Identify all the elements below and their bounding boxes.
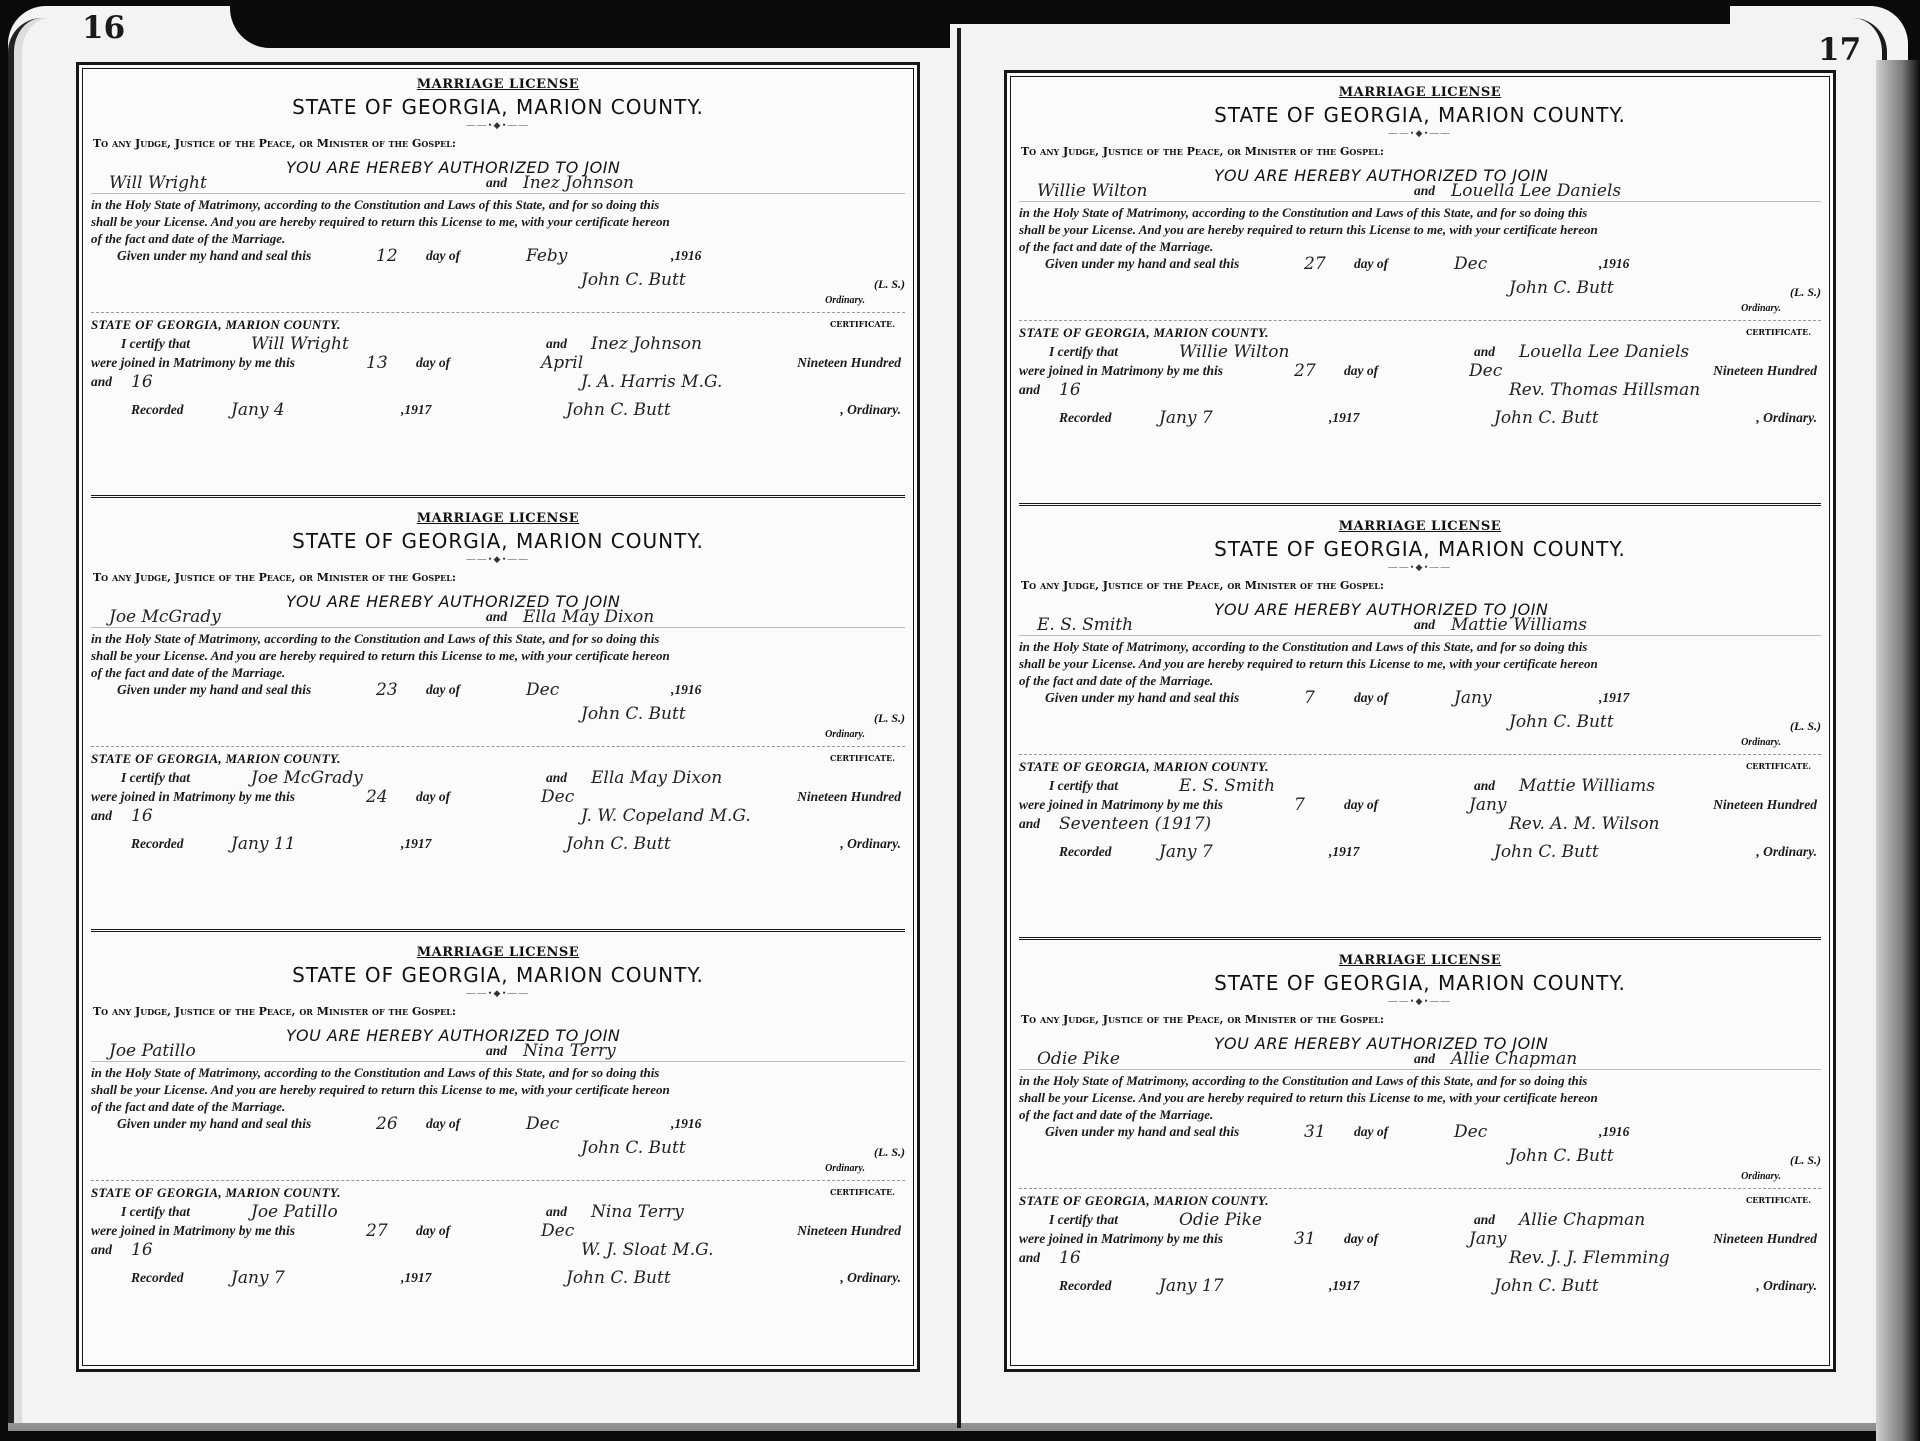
ordinary-label: Ordinary.	[825, 729, 865, 740]
license-body-line: of the fact and date of the Marriage.	[91, 1098, 905, 1115]
recorded-date: Jany 17	[1159, 1276, 1224, 1296]
day-of-label: day of	[426, 682, 460, 698]
recorded-label: Recorded	[1059, 844, 1111, 860]
and-year-label: and	[1019, 382, 1040, 398]
recorded-year: ,1917	[401, 1270, 431, 1286]
ordinary-label: , Ordinary.	[1756, 410, 1817, 426]
page-number-right: 17	[1818, 32, 1861, 68]
issuer-signature: John C. Butt	[1509, 1146, 1614, 1166]
and-label: and	[546, 1204, 567, 1220]
issued-day: 31	[1304, 1122, 1326, 1142]
married-year: 16	[1059, 1248, 1081, 1268]
and-year-label: and	[91, 1242, 112, 1258]
groom-name: Willie Wilton	[1037, 181, 1147, 201]
issued-year: ,1916	[671, 1116, 701, 1132]
scan-background	[230, 0, 950, 48]
license-body-line: in the Holy State of Matrimony, accordin…	[1019, 1072, 1821, 1089]
married-day: 13	[366, 353, 388, 373]
certificate-state-line: STATE OF GEORGIA, MARION COUNTY.	[91, 1185, 341, 1201]
license-heading: MARRIAGE LICENSE	[1019, 519, 1821, 534]
bride-name: Louella Lee Daniels	[1451, 181, 1621, 201]
year-officiant-row: and 16 Rev. J. J. Flemming	[1019, 1249, 1821, 1268]
issued-month: Jany	[1454, 688, 1492, 708]
nineteen-hundred-label: Nineteen Hundred	[1713, 1231, 1817, 1247]
married-month: Dec	[1469, 361, 1502, 381]
license-body-line: shall be your License. And you are hereb…	[1019, 655, 1821, 672]
groom-name: Will Wright	[109, 173, 207, 193]
recorded-date: Jany 4	[231, 400, 285, 420]
cert-groom-name: Will Wright	[251, 334, 349, 354]
recorded-year: ,1917	[401, 836, 431, 852]
married-month: Dec	[541, 787, 574, 807]
married-day: 27	[1294, 361, 1316, 381]
ordinary-label: , Ordinary.	[1756, 1278, 1817, 1294]
recorded-date: Jany 7	[1159, 408, 1213, 428]
groom-name: Joe McGrady	[109, 607, 221, 627]
married-day: 31	[1294, 1229, 1316, 1249]
year-officiant-row: and Seventeen (1917) Rev. A. M. Wilson	[1019, 815, 1821, 834]
license-body: in the Holy State of Matrimony, accordin…	[91, 1064, 905, 1115]
certificate-header: STATE OF GEORGIA, MARION COUNTY. CERTIFI…	[91, 312, 905, 335]
license-names-row: Odie Pike and Allie Chapman	[1019, 1047, 1821, 1070]
issued-row: Given under my hand and seal this 12 day…	[91, 247, 905, 266]
joined-label: were joined in Matrimony by me this	[1019, 797, 1223, 813]
license-heading: MARRIAGE LICENSE	[91, 945, 905, 960]
ls-seal-label: (L. S.)	[1790, 285, 1821, 300]
recorded-row: Recorded Jany 7 ,1917 John C. Butt , Ord…	[91, 1260, 905, 1288]
certify-label: I certify that	[1049, 778, 1118, 794]
page-edge-shadow	[1876, 60, 1920, 1441]
issued-month: Dec	[1454, 1122, 1487, 1142]
ls-seal-label: (L. S.)	[874, 711, 905, 726]
day-of-label: day of	[1354, 256, 1388, 272]
officiant-signature: Rev. A. M. Wilson	[1509, 814, 1660, 834]
cert-bride-name: Louella Lee Daniels	[1519, 342, 1689, 362]
ordinary-label: , Ordinary.	[840, 402, 901, 418]
recorded-label: Recorded	[1059, 410, 1111, 426]
cert-groom-name: Joe McGrady	[251, 768, 363, 788]
recorded-year: ,1917	[1329, 1278, 1359, 1294]
license-addressee: To any Judge, Justice of the Peace, or M…	[1021, 145, 1821, 158]
recorded-date: Jany 7	[1159, 842, 1213, 862]
day-of-label: day of	[426, 248, 460, 264]
and-label: and	[486, 609, 507, 625]
recorded-row: Recorded Jany 11 ,1917 John C. Butt , Or…	[91, 826, 905, 854]
day-of-label: day of	[416, 1223, 450, 1239]
cert-groom-name: Willie Wilton	[1179, 342, 1289, 362]
married-month: April	[541, 353, 583, 373]
certify-label: I certify that	[121, 770, 190, 786]
marriage-license: MARRIAGE LICENSE STATE OF GEORGIA, MARIO…	[91, 65, 905, 498]
and-label: and	[546, 770, 567, 786]
and-label: and	[1414, 1051, 1435, 1067]
certificate-label: CERTIFICATE.	[1746, 327, 1811, 337]
certify-label: I certify that	[121, 1204, 190, 1220]
recorded-year: ,1917	[1329, 410, 1359, 426]
day-of-label: day of	[1344, 1231, 1378, 1247]
bride-name: Mattie Williams	[1451, 615, 1587, 635]
book-gutter	[957, 28, 961, 1428]
issuer-signature-row: John C. Butt (L. S.) Ordinary.	[91, 1134, 905, 1170]
day-of-label: day of	[1354, 1124, 1388, 1140]
cert-groom-name: Odie Pike	[1179, 1210, 1262, 1230]
married-year: 16	[131, 372, 153, 392]
married-day: 24	[366, 787, 388, 807]
issuer-signature-row: John C. Butt (L. S.) Ordinary.	[1019, 708, 1821, 744]
recorded-label: Recorded	[131, 402, 183, 418]
license-addressee: To any Judge, Justice of the Peace, or M…	[1021, 1013, 1821, 1026]
license-body: in the Holy State of Matrimony, accordin…	[91, 630, 905, 681]
license-state-line: STATE OF GEORGIA, MARION COUNTY.	[91, 529, 905, 553]
and-year-label: and	[1019, 816, 1040, 832]
and-year-label: and	[1019, 1250, 1040, 1266]
license-body: in the Holy State of Matrimony, accordin…	[1019, 204, 1821, 255]
issuer-signature: John C. Butt	[1509, 278, 1614, 298]
recorded-row: Recorded Jany 17 ,1917 John C. Butt , Or…	[1019, 1268, 1821, 1296]
given-label: Given under my hand and seal this	[1045, 1124, 1239, 1140]
certify-row: I certify that Joe Patillo and Nina Terr…	[91, 1203, 905, 1222]
certificate-header: STATE OF GEORGIA, MARION COUNTY. CERTIFI…	[1019, 754, 1821, 777]
issuer-signature-row: John C. Butt (L. S.) Ordinary.	[1019, 274, 1821, 310]
and-label: and	[1414, 183, 1435, 199]
license-state-line: STATE OF GEORGIA, MARION COUNTY.	[1019, 537, 1821, 561]
license-body: in the Holy State of Matrimony, accordin…	[1019, 1072, 1821, 1123]
ornament-divider: ——•◆•——	[1019, 996, 1821, 1007]
issued-day: 12	[376, 246, 398, 266]
ordinary-label: Ordinary.	[825, 295, 865, 306]
issuer-signature-row: John C. Butt (L. S.) Ordinary.	[91, 266, 905, 302]
issuer-signature-row: John C. Butt (L. S.) Ordinary.	[91, 700, 905, 736]
license-names-row: Will Wright and Inez Johnson	[91, 171, 905, 194]
married-month: Jany	[1469, 1229, 1507, 1249]
marriage-license: MARRIAGE LICENSE STATE OF GEORGIA, MARIO…	[1019, 73, 1821, 506]
recorder-signature: John C. Butt	[566, 1268, 671, 1288]
issued-row: Given under my hand and seal this 26 day…	[91, 1115, 905, 1134]
married-day: 27	[366, 1221, 388, 1241]
certificate-state-line: STATE OF GEORGIA, MARION COUNTY.	[1019, 325, 1269, 341]
married-month: Jany	[1469, 795, 1507, 815]
nineteen-hundred-label: Nineteen Hundred	[1713, 797, 1817, 813]
ornament-divider: ——•◆•——	[91, 554, 905, 565]
issued-month: Dec	[1454, 254, 1487, 274]
day-of-label: day of	[1354, 690, 1388, 706]
year-officiant-row: and 16 W. J. Sloat M.G.	[91, 1241, 905, 1260]
nineteen-hundred-label: Nineteen Hundred	[797, 1223, 901, 1239]
cert-bride-name: Ella May Dixon	[591, 768, 722, 788]
license-names-row: Willie Wilton and Louella Lee Daniels	[1019, 179, 1821, 202]
joined-row: were joined in Matrimony by me this 7 da…	[1019, 796, 1821, 815]
ordinary-label: , Ordinary.	[1756, 844, 1817, 860]
recorder-signature: John C. Butt	[566, 834, 671, 854]
license-body-line: in the Holy State of Matrimony, accordin…	[1019, 638, 1821, 655]
recorded-label: Recorded	[1059, 1278, 1111, 1294]
certify-row: I certify that E. S. Smith and Mattie Wi…	[1019, 777, 1821, 796]
and-label: and	[486, 175, 507, 191]
issued-month: Dec	[526, 680, 559, 700]
certificate-state-line: STATE OF GEORGIA, MARION COUNTY.	[1019, 1193, 1269, 1209]
ornament-divider: ——•◆•——	[91, 120, 905, 131]
marriage-license: MARRIAGE LICENSE STATE OF GEORGIA, MARIO…	[91, 499, 905, 932]
license-body-line: in the Holy State of Matrimony, accordin…	[91, 196, 905, 213]
certificate-label: CERTIFICATE.	[830, 753, 895, 763]
license-body-line: in the Holy State of Matrimony, accordin…	[91, 1064, 905, 1081]
certify-label: I certify that	[121, 336, 190, 352]
officiant-signature: J. A. Harris M.G.	[581, 372, 722, 392]
certify-row: I certify that Joe McGrady and Ella May …	[91, 769, 905, 788]
license-addressee: To any Judge, Justice of the Peace, or M…	[1021, 579, 1821, 592]
marriage-license: MARRIAGE LICENSE STATE OF GEORGIA, MARIO…	[91, 933, 905, 1363]
recorder-signature: John C. Butt	[566, 400, 671, 420]
license-state-line: STATE OF GEORGIA, MARION COUNTY.	[91, 95, 905, 119]
cert-bride-name: Inez Johnson	[591, 334, 702, 354]
page-number-left: 16	[82, 10, 125, 46]
ornament-divider: ——•◆•——	[1019, 128, 1821, 139]
license-body-line: in the Holy State of Matrimony, accordin…	[91, 630, 905, 647]
license-body-line: shall be your License. And you are hereb…	[1019, 221, 1821, 238]
year-officiant-row: and 16 Rev. Thomas Hillsman	[1019, 381, 1821, 400]
joined-label: were joined in Matrimony by me this	[91, 1223, 295, 1239]
recorder-signature: John C. Butt	[1494, 842, 1599, 862]
license-body-line: shall be your License. And you are hereb…	[1019, 1089, 1821, 1106]
joined-row: were joined in Matrimony by me this 13 d…	[91, 354, 905, 373]
and-label: and	[1474, 778, 1495, 794]
and-year-label: and	[91, 374, 112, 390]
joined-row: were joined in Matrimony by me this 31 d…	[1019, 1230, 1821, 1249]
license-body: in the Holy State of Matrimony, accordin…	[1019, 638, 1821, 689]
issued-year: ,1916	[1599, 1124, 1629, 1140]
license-body-line: of the fact and date of the Marriage.	[91, 230, 905, 247]
license-body: in the Holy State of Matrimony, accordin…	[91, 196, 905, 247]
ls-seal-label: (L. S.)	[1790, 719, 1821, 734]
recorded-date: Jany 11	[231, 834, 296, 854]
given-label: Given under my hand and seal this	[117, 1116, 311, 1132]
certificate-label: CERTIFICATE.	[1746, 761, 1811, 771]
certificate-state-line: STATE OF GEORGIA, MARION COUNTY.	[91, 317, 341, 333]
license-state-line: STATE OF GEORGIA, MARION COUNTY.	[1019, 103, 1821, 127]
ordinary-label: , Ordinary.	[840, 1270, 901, 1286]
issued-row: Given under my hand and seal this 23 day…	[91, 681, 905, 700]
license-body-line: of the fact and date of the Marriage.	[91, 664, 905, 681]
issued-row: Given under my hand and seal this 31 day…	[1019, 1123, 1821, 1142]
bride-name: Allie Chapman	[1451, 1049, 1577, 1069]
certify-label: I certify that	[1049, 1212, 1118, 1228]
issued-day: 23	[376, 680, 398, 700]
cert-bride-name: Nina Terry	[591, 1202, 684, 1222]
license-body-line: in the Holy State of Matrimony, accordin…	[1019, 204, 1821, 221]
license-body-line: shall be your License. And you are hereb…	[91, 213, 905, 230]
day-of-label: day of	[1344, 363, 1378, 379]
ls-seal-label: (L. S.)	[874, 1145, 905, 1160]
ornament-divider: ——•◆•——	[1019, 562, 1821, 573]
groom-name: Joe Patillo	[109, 1041, 196, 1061]
issuer-signature: John C. Butt	[581, 1138, 686, 1158]
certificate-state-line: STATE OF GEORGIA, MARION COUNTY.	[1019, 759, 1269, 775]
groom-name: Odie Pike	[1037, 1049, 1120, 1069]
nineteen-hundred-label: Nineteen Hundred	[1713, 363, 1817, 379]
issuer-signature-row: John C. Butt (L. S.) Ordinary.	[1019, 1142, 1821, 1178]
married-month: Dec	[541, 1221, 574, 1241]
day-of-label: day of	[416, 789, 450, 805]
recorder-signature: John C. Butt	[1494, 408, 1599, 428]
officiant-signature: Rev. J. J. Flemming	[1509, 1248, 1670, 1268]
issued-row: Given under my hand and seal this 27 day…	[1019, 255, 1821, 274]
issuer-signature: John C. Butt	[581, 704, 686, 724]
given-label: Given under my hand and seal this	[1045, 256, 1239, 272]
day-of-label: day of	[416, 355, 450, 371]
license-names-row: Joe McGrady and Ella May Dixon	[91, 605, 905, 628]
recorded-row: Recorded Jany 7 ,1917 John C. Butt , Ord…	[1019, 400, 1821, 428]
issued-year: ,1916	[671, 248, 701, 264]
license-addressee: To any Judge, Justice of the Peace, or M…	[93, 137, 905, 150]
certify-row: I certify that Odie Pike and Allie Chapm…	[1019, 1211, 1821, 1230]
issued-day: 7	[1304, 688, 1315, 708]
ordinary-label: Ordinary.	[1741, 303, 1781, 314]
certificate-header: STATE OF GEORGIA, MARION COUNTY. CERTIFI…	[91, 1180, 905, 1203]
and-label: and	[1414, 617, 1435, 633]
issued-row: Given under my hand and seal this 7 day …	[1019, 689, 1821, 708]
license-heading: MARRIAGE LICENSE	[91, 511, 905, 526]
nineteen-hundred-label: Nineteen Hundred	[797, 789, 901, 805]
bride-name: Inez Johnson	[523, 173, 634, 193]
year-officiant-row: and 16 J. W. Copeland M.G.	[91, 807, 905, 826]
ordinary-label: , Ordinary.	[840, 836, 901, 852]
joined-label: were joined in Matrimony by me this	[1019, 363, 1223, 379]
day-of-label: day of	[426, 1116, 460, 1132]
married-year: 16	[131, 1240, 153, 1260]
cert-bride-name: Mattie Williams	[1519, 776, 1655, 796]
ordinary-label: Ordinary.	[825, 1163, 865, 1174]
recorded-year: ,1917	[1329, 844, 1359, 860]
ornament-divider: ——•◆•——	[91, 988, 905, 999]
bride-name: Nina Terry	[523, 1041, 616, 1061]
issued-year: ,1916	[1599, 256, 1629, 272]
license-body-line: shall be your License. And you are hereb…	[91, 647, 905, 664]
certificate-header: STATE OF GEORGIA, MARION COUNTY. CERTIFI…	[1019, 320, 1821, 343]
license-names-row: Joe Patillo and Nina Terry	[91, 1039, 905, 1062]
day-of-label: day of	[1344, 797, 1378, 813]
ordinary-label: Ordinary.	[1741, 1171, 1781, 1182]
and-label: and	[546, 336, 567, 352]
married-year: 16	[131, 806, 153, 826]
license-heading: MARRIAGE LICENSE	[1019, 953, 1821, 968]
certify-row: I certify that Willie Wilton and Louella…	[1019, 343, 1821, 362]
license-addressee: To any Judge, Justice of the Peace, or M…	[93, 1005, 905, 1018]
certificate-label: CERTIFICATE.	[830, 1187, 895, 1197]
recorder-signature: John C. Butt	[1494, 1276, 1599, 1296]
joined-label: were joined in Matrimony by me this	[91, 355, 295, 371]
cert-groom-name: Joe Patillo	[251, 1202, 338, 1222]
married-day: 7	[1294, 795, 1305, 815]
license-heading: MARRIAGE LICENSE	[91, 77, 905, 92]
married-year: Seventeen (1917)	[1059, 814, 1211, 834]
issuer-signature: John C. Butt	[581, 270, 686, 290]
joined-label: were joined in Matrimony by me this	[91, 789, 295, 805]
ls-seal-label: (L. S.)	[874, 277, 905, 292]
and-label: and	[486, 1043, 507, 1059]
issued-month: Dec	[526, 1114, 559, 1134]
ls-seal-label: (L. S.)	[1790, 1153, 1821, 1168]
license-body-line: of the fact and date of the Marriage.	[1019, 1106, 1821, 1123]
license-state-line: STATE OF GEORGIA, MARION COUNTY.	[1019, 971, 1821, 995]
recorded-label: Recorded	[131, 836, 183, 852]
cert-groom-name: E. S. Smith	[1179, 776, 1275, 796]
and-label: and	[1474, 1212, 1495, 1228]
recorded-row: Recorded Jany 7 ,1917 John C. Butt , Ord…	[1019, 834, 1821, 862]
issued-month: Feby	[526, 246, 567, 266]
license-addressee: To any Judge, Justice of the Peace, or M…	[93, 571, 905, 584]
recorded-year: ,1917	[401, 402, 431, 418]
left-page-frame: MARRIAGE LICENSE STATE OF GEORGIA, MARIO…	[76, 62, 920, 1372]
and-year-label: and	[91, 808, 112, 824]
bride-name: Ella May Dixon	[523, 607, 654, 627]
license-body-line: of the fact and date of the Marriage.	[1019, 238, 1821, 255]
given-label: Given under my hand and seal this	[1045, 690, 1239, 706]
certificate-state-line: STATE OF GEORGIA, MARION COUNTY.	[91, 751, 341, 767]
license-body-line: of the fact and date of the Marriage.	[1019, 672, 1821, 689]
license-heading: MARRIAGE LICENSE	[1019, 85, 1821, 100]
right-page-frame: MARRIAGE LICENSE STATE OF GEORGIA, MARIO…	[1004, 70, 1836, 1372]
ordinary-label: Ordinary.	[1741, 737, 1781, 748]
married-year: 16	[1059, 380, 1081, 400]
issued-year: ,1917	[1599, 690, 1629, 706]
cert-bride-name: Allie Chapman	[1519, 1210, 1645, 1230]
nineteen-hundred-label: Nineteen Hundred	[797, 355, 901, 371]
license-state-line: STATE OF GEORGIA, MARION COUNTY.	[91, 963, 905, 987]
scan-background	[950, 0, 1730, 24]
groom-name: E. S. Smith	[1037, 615, 1133, 635]
license-names-row: E. S. Smith and Mattie Williams	[1019, 613, 1821, 636]
issued-day: 27	[1304, 254, 1326, 274]
recorded-date: Jany 7	[231, 1268, 285, 1288]
joined-row: were joined in Matrimony by me this 27 d…	[1019, 362, 1821, 381]
officiant-signature: J. W. Copeland M.G.	[581, 806, 751, 826]
issuer-signature: John C. Butt	[1509, 712, 1614, 732]
joined-label: were joined in Matrimony by me this	[1019, 1231, 1223, 1247]
given-label: Given under my hand and seal this	[117, 248, 311, 264]
marriage-license: MARRIAGE LICENSE STATE OF GEORGIA, MARIO…	[1019, 941, 1821, 1371]
certificate-header: STATE OF GEORGIA, MARION COUNTY. CERTIFI…	[1019, 1188, 1821, 1211]
license-body-line: shall be your License. And you are hereb…	[91, 1081, 905, 1098]
given-label: Given under my hand and seal this	[117, 682, 311, 698]
recorded-row: Recorded Jany 4 ,1917 John C. Butt , Ord…	[91, 392, 905, 420]
certify-row: I certify that Will Wright and Inez John…	[91, 335, 905, 354]
marriage-license: MARRIAGE LICENSE STATE OF GEORGIA, MARIO…	[1019, 507, 1821, 940]
officiant-signature: W. J. Sloat M.G.	[581, 1240, 714, 1260]
year-officiant-row: and 16 J. A. Harris M.G.	[91, 373, 905, 392]
issued-year: ,1916	[671, 682, 701, 698]
recorded-label: Recorded	[131, 1270, 183, 1286]
and-label: and	[1474, 344, 1495, 360]
certificate-label: CERTIFICATE.	[830, 319, 895, 329]
officiant-signature: Rev. Thomas Hillsman	[1509, 380, 1700, 400]
certify-label: I certify that	[1049, 344, 1118, 360]
joined-row: were joined in Matrimony by me this 24 d…	[91, 788, 905, 807]
certificate-label: CERTIFICATE.	[1746, 1195, 1811, 1205]
joined-row: were joined in Matrimony by me this 27 d…	[91, 1222, 905, 1241]
issued-day: 26	[376, 1114, 398, 1134]
certificate-header: STATE OF GEORGIA, MARION COUNTY. CERTIFI…	[91, 746, 905, 769]
